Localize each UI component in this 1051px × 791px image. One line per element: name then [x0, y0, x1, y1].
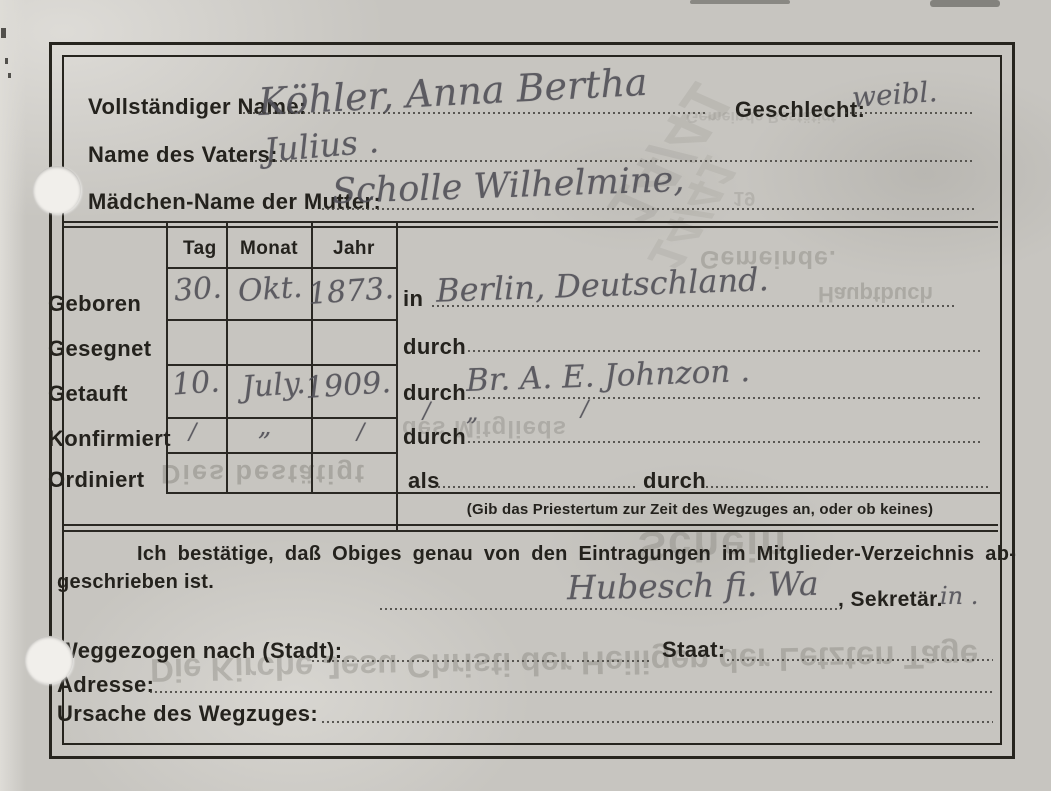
- scan-edge-mark-3: [8, 73, 11, 78]
- hole-punch-bottom: [25, 636, 73, 684]
- scan-top-smudge-1: [690, 0, 790, 4]
- membership-record-card: Gemeinde Bestätigt 14/41 14/41 19 Gemein…: [0, 0, 1051, 791]
- card-border-inner: [62, 55, 1002, 745]
- scan-edge-mark-1: [1, 28, 6, 38]
- hole-punch-top: [33, 166, 81, 214]
- scan-top-smudge-2: [930, 0, 1000, 7]
- scan-edge-mark-2: [5, 58, 8, 64]
